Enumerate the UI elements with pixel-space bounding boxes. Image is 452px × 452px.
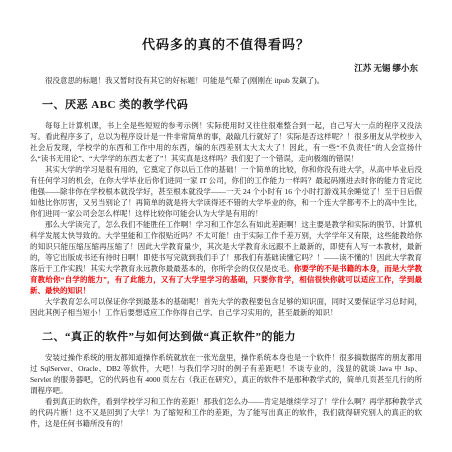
section2-paragraph-2: 看到真正的软件，看到学校学习和工作的差距！那我们怎么办——肯定是继续学习了！学什…: [30, 396, 422, 429]
intro-note: 很没意思的标题！我又暂时没有其它的好标题！可能是气晕了(刚刚在 itpub 发飙…: [30, 76, 422, 86]
section1-paragraph-1: 每每上计算机课，书上全是些短短的参考示例！实际使用时又往往很难整合到一起，自己写…: [30, 120, 422, 164]
section1-paragraph-4: 大学教育怎么可以保证你学到最基本的基础呢！首先大学的教程要包含足够的知识面，同时…: [30, 296, 422, 318]
section1-paragraph-2: 其实大学的学习是很有用的，它奠定了你以后工作的基础！一个简单的比较，你和你没有进…: [30, 164, 422, 219]
page-title: 代码多的真的不值得看吗？: [30, 34, 422, 53]
author-byline: 江苏 无锡 缪小东: [30, 62, 418, 74]
section2-paragraph-1: 安装过操作系统的朋友都知道操作系统就放在一张光盘里，操作系统本身也是一个软件！很…: [30, 352, 422, 396]
document-page: 代码多的真的不值得看吗？ 江苏 无锡 缪小东 很没意思的标题！我又暂时没有其它的…: [0, 0, 452, 452]
section1-heading: 一、厌恶 ABC 类的教学代码: [30, 96, 422, 112]
section2-heading: 二、“真正的软件”与如何达到做“真正软件”的能力: [30, 328, 422, 344]
section1-paragraph-3: 那么大学读完了，怎么我们不能胜任工作啊！学习和工作怎么有如此差距啊！这主要是教学…: [30, 219, 422, 296]
